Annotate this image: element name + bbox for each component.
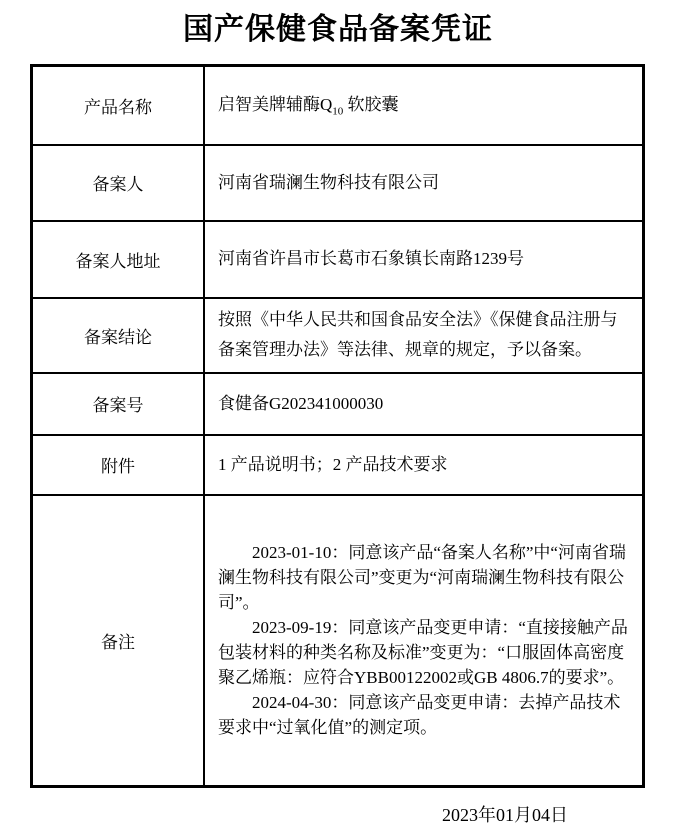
table-row: 备案号 食健备G202341000030 xyxy=(32,373,644,435)
table-row: 备案人地址 河南省许昌市长葛市石象镇长南路1239号 xyxy=(32,221,644,298)
page-title: 国产保健食品备案凭证 xyxy=(0,13,676,47)
filer-value: 河南省瑞澜生物科技有限公司 xyxy=(204,145,644,221)
table-row: 备注 2023-01-10：同意该产品“备案人名称”中“河南省瑞澜生物科技有限公… xyxy=(32,495,644,787)
filer-address-label: 备案人地址 xyxy=(32,221,205,298)
remarks-value: 2023-01-10：同意该产品“备案人名称”中“河南省瑞澜生物科技有限公司”变… xyxy=(204,495,644,787)
certificate-table: 产品名称 启智美牌辅酶Q10 软胶囊 备案人 河南省瑞澜生物科技有限公司 备案人… xyxy=(30,64,645,788)
conclusion-value: 按照《中华人民共和国食品安全法》《保健食品注册与备案管理办法》等法律、规章的规定… xyxy=(204,298,644,373)
record-number-label: 备案号 xyxy=(32,373,205,435)
table-row: 产品名称 启智美牌辅酶Q10 软胶囊 xyxy=(32,66,644,145)
filer-address-value: 河南省许昌市长葛市石象镇长南路1239号 xyxy=(204,221,644,298)
table-row: 备案结论 按照《中华人民共和国食品安全法》《保健食品注册与备案管理办法》等法律、… xyxy=(32,298,644,373)
issue-date: 2023年01月04日 xyxy=(0,804,676,826)
product-name-label: 产品名称 xyxy=(32,66,205,145)
record-number-value: 食健备G202341000030 xyxy=(204,373,644,435)
conclusion-label: 备案结论 xyxy=(32,298,205,373)
remarks-paragraph: 2024-04-30：同意该产品变更申请：去掉产品技术要求中“过氧化值”的测定项… xyxy=(218,690,629,740)
product-name-value: 启智美牌辅酶Q10 软胶囊 xyxy=(204,66,644,145)
product-name-suffix: 软胶囊 xyxy=(343,95,398,114)
remarks-paragraph: 2023-01-10：同意该产品“备案人名称”中“河南省瑞澜生物科技有限公司”变… xyxy=(218,540,629,615)
product-name-subscript: 10 xyxy=(332,106,343,118)
table-row: 备案人 河南省瑞澜生物科技有限公司 xyxy=(32,145,644,221)
remarks-paragraph: 2023-09-19：同意该产品变更申请：“直接接触产品包装材料的种类名称及标准… xyxy=(218,615,629,690)
remarks-label: 备注 xyxy=(32,495,205,787)
attachments-value: 1 产品说明书；2 产品技术要求 xyxy=(204,435,644,495)
table-row: 附件 1 产品说明书；2 产品技术要求 xyxy=(32,435,644,495)
attachments-label: 附件 xyxy=(32,435,205,495)
product-name-text: 启智美牌辅酶Q xyxy=(218,95,332,114)
filer-label: 备案人 xyxy=(32,145,205,221)
